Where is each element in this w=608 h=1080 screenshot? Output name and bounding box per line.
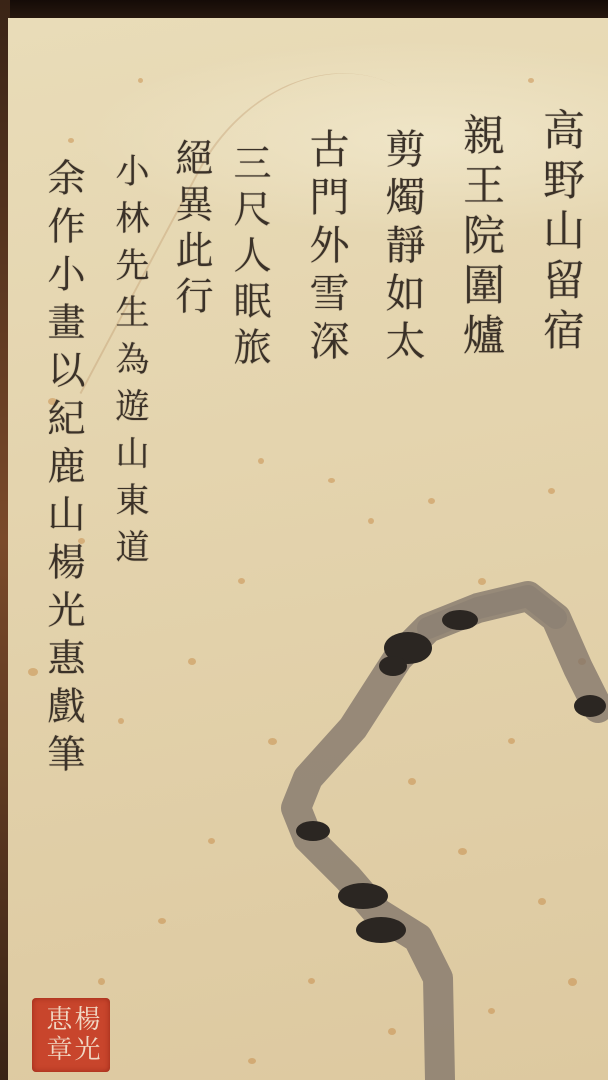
seal-text-right: 楊光 — [72, 1005, 98, 1065]
plum-branch-painting — [8, 18, 608, 1080]
seal-text-left: 恵章 — [44, 1005, 70, 1065]
painting-paper: 高野山留宿 親王院圍爐 剪燭靜如太 古門外雪深 三尺人眠旅 絕異此行 小林先生為… — [8, 18, 608, 1080]
artist-seal: 楊光 恵章 — [32, 998, 110, 1072]
